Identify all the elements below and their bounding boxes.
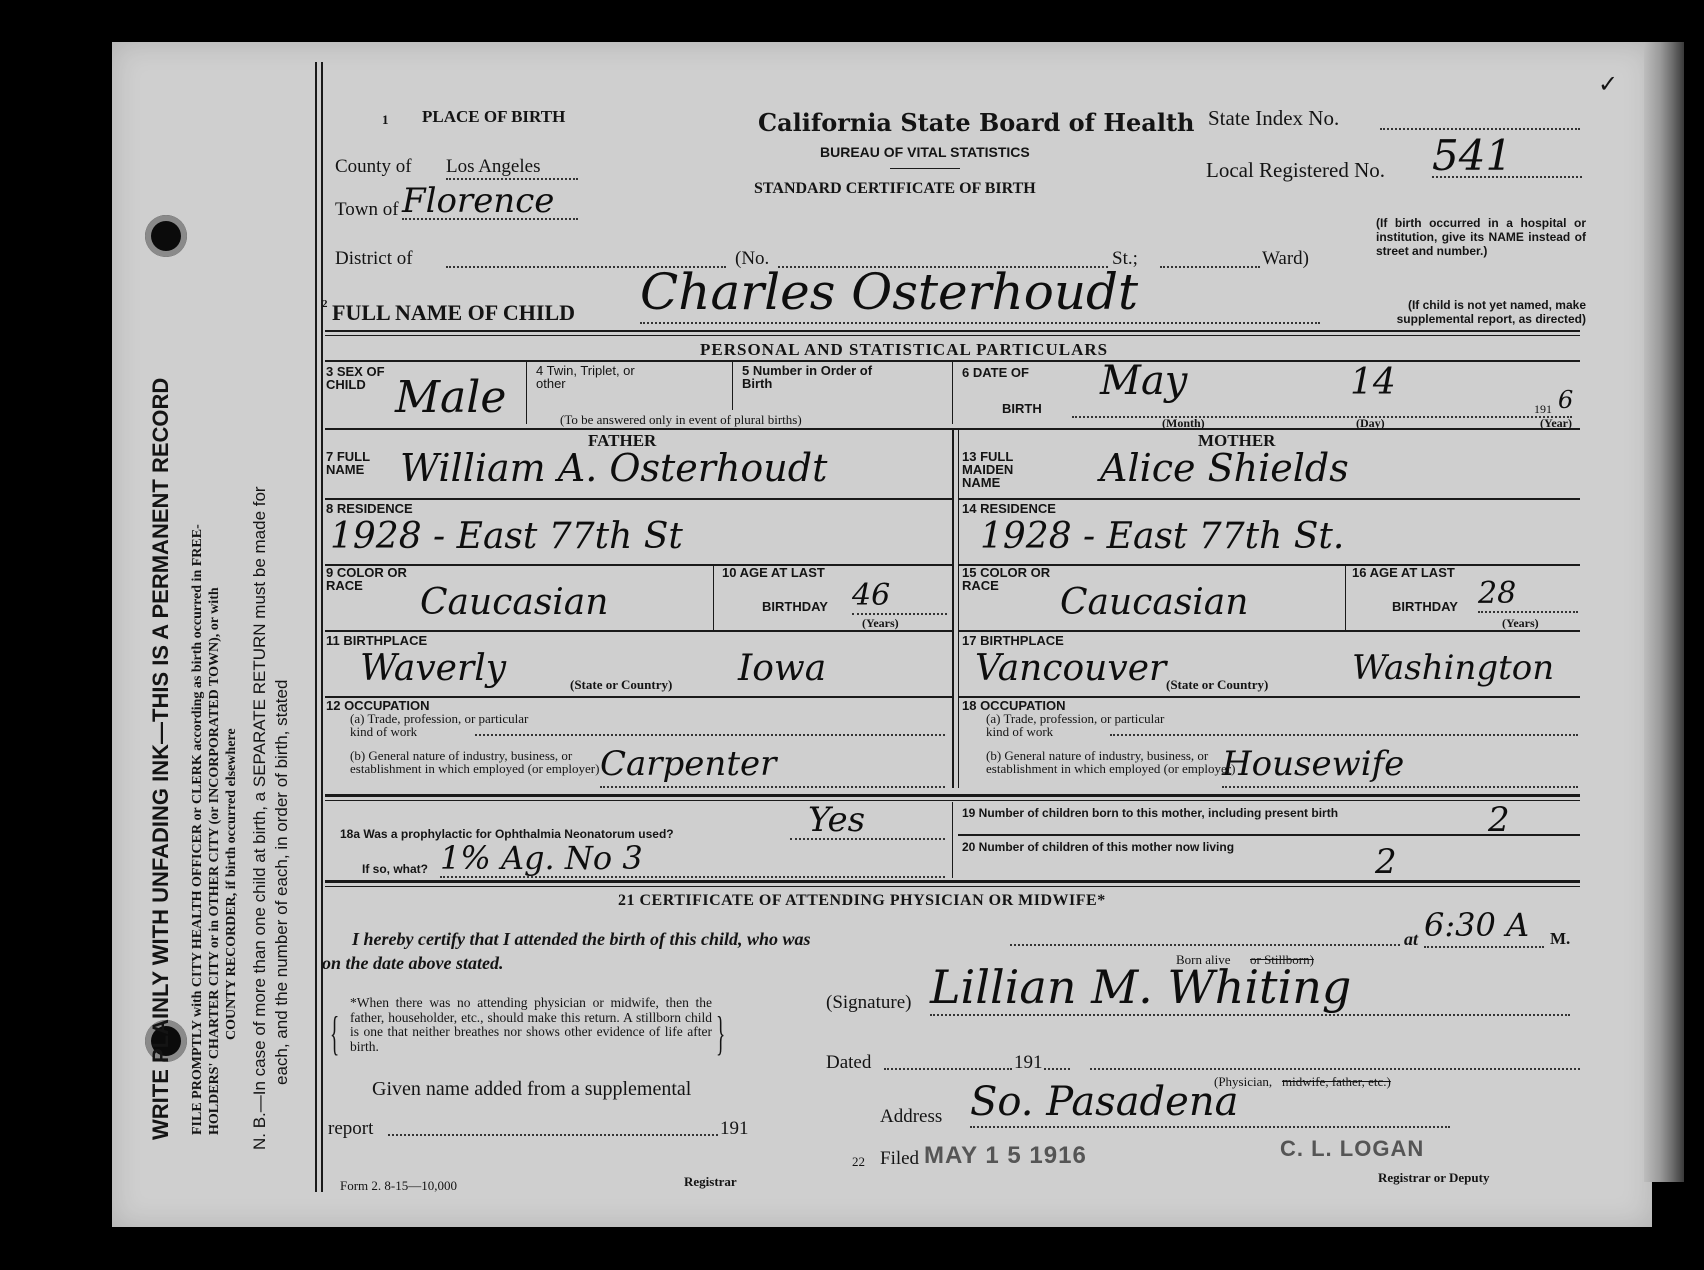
- mother-occupation-value[interactable]: Housewife: [1222, 742, 1578, 788]
- divider: [325, 800, 1580, 801]
- father-age-value[interactable]: 46: [852, 578, 947, 615]
- father-birthplace-label: 11 BIRTHPLACE: [326, 634, 427, 647]
- father-occ-b-label: (b) General nature of industry, business…: [350, 749, 600, 775]
- mother-name-label: 13 FULL MAIDEN NAME: [962, 450, 1032, 489]
- state-index-field[interactable]: [1380, 114, 1580, 130]
- divider: [952, 362, 953, 424]
- not-named-note: (If child is not yet named, make supplem…: [1332, 298, 1586, 326]
- divider: [325, 794, 1580, 797]
- parent-column-divider: [952, 430, 954, 788]
- margin-line-5: N. B.—In case of more than one child at …: [250, 486, 270, 1150]
- mother-birthplace-state[interactable]: Washington: [1352, 648, 1554, 688]
- child-name-value[interactable]: Charles Osterhoudt: [640, 262, 1320, 324]
- date-of-birth-field[interactable]: [1072, 410, 1572, 418]
- plural-note: (To be answered only in event of plural …: [560, 412, 802, 428]
- filed-date-stamp: MAY 1 5 1916: [924, 1142, 1087, 1170]
- town-value[interactable]: Florence: [402, 184, 578, 220]
- father-occupation-value[interactable]: Carpenter: [600, 742, 945, 788]
- particulars-title: PERSONAL AND STATISTICAL PARTICULARS: [700, 340, 1108, 360]
- sex-value[interactable]: Male: [395, 372, 506, 423]
- board-title: California State Board of Health: [758, 108, 1194, 137]
- mother-occ-a-field[interactable]: [1110, 728, 1578, 736]
- birth-time-value[interactable]: 6:30 A: [1424, 904, 1544, 948]
- divider: [325, 564, 952, 566]
- address-value[interactable]: So. Pasadena: [970, 1078, 1450, 1128]
- divider: [890, 168, 960, 169]
- father-age-label: 10 AGE AT LAST: [722, 566, 825, 579]
- children-born-label: 19 Number of children born to this mothe…: [962, 806, 1338, 820]
- prophylactic-answer[interactable]: Yes: [808, 800, 865, 840]
- card-edge: [1644, 42, 1684, 1182]
- mother-state-caption: (State or Country): [1166, 677, 1268, 693]
- father-occ-a-field[interactable]: [475, 728, 945, 736]
- mother-age-label: 16 AGE AT LAST: [1352, 566, 1455, 579]
- certify-text: I hereby certify that I attended the bir…: [352, 929, 811, 950]
- place-of-birth-heading: PLACE OF BIRTH: [422, 107, 565, 127]
- mother-years-caption: (Years): [1502, 616, 1539, 631]
- father-residence-label: 8 RESIDENCE: [326, 502, 413, 515]
- divider: [732, 362, 733, 410]
- margin-line-6: each, and the number of each, in order o…: [272, 680, 292, 1085]
- full-name-label: FULL NAME OF CHILD: [332, 300, 575, 326]
- report-label: report: [328, 1118, 373, 1140]
- signature-label: (Signature): [826, 992, 911, 1014]
- mother-birthday-label: BIRTHDAY: [1392, 600, 1458, 613]
- state-index-label: State Index No.: [1208, 106, 1339, 131]
- certificate-heading: 21 CERTIFICATE OF ATTENDING PHYSICIAN OR…: [618, 892, 1106, 910]
- birth-day-value[interactable]: 14: [1350, 362, 1396, 403]
- mother-occ-b-label: (b) General nature of industry, business…: [986, 749, 1236, 775]
- district-label: District of: [335, 248, 413, 270]
- signature-value[interactable]: Lillian M. Whiting: [930, 960, 1570, 1016]
- date-stated-text: on the date above stated.: [322, 953, 503, 974]
- divider: [958, 630, 1580, 632]
- dated-field[interactable]: [884, 1058, 1012, 1070]
- mother-birthplace-city[interactable]: Vancouver: [975, 648, 1166, 689]
- birth-label: BIRTH: [1002, 402, 1042, 415]
- divider: [958, 498, 1580, 500]
- father-birthplace-state[interactable]: Iowa: [738, 648, 826, 689]
- mother-name-value[interactable]: Alice Shields: [1100, 446, 1349, 490]
- hospital-note: (If birth occurred in a hospital or inst…: [1376, 216, 1586, 258]
- date-label: 6 DATE OF: [962, 366, 1029, 379]
- birth-year-value[interactable]: 6: [1558, 386, 1573, 414]
- margin-line-3: HOLDERS' CHARTER CITY or in OTHER CITY (…: [207, 587, 223, 1135]
- registrar-stamp: C. L. LOGAN: [1280, 1136, 1424, 1162]
- divider: [1345, 566, 1346, 630]
- report-year: 191: [720, 1118, 749, 1140]
- dated-year: 191: [1014, 1052, 1043, 1074]
- dated-year-field[interactable]: [1044, 1058, 1070, 1070]
- frame-left-line-2: [321, 62, 323, 1192]
- footnote: *When there was no attending physician o…: [350, 996, 712, 1054]
- children-living-value[interactable]: 2: [1375, 842, 1397, 882]
- margin-line-4: COUNTY RECORDER, if birth occurred elsew…: [224, 728, 240, 1040]
- mother-age-value[interactable]: 28: [1478, 576, 1578, 613]
- filed-label: Filed: [880, 1148, 919, 1170]
- prophylactic-what-value[interactable]: 1% Ag. No 3: [440, 840, 945, 878]
- father-birthday-label: BIRTHDAY: [762, 600, 828, 613]
- registrar-label: Registrar: [684, 1174, 737, 1190]
- order-label: 5 Number in Order of Birth: [742, 364, 902, 390]
- margin-line-2: FILE PROMPTLY with CITY HEALTH OFFICER o…: [190, 524, 206, 1135]
- address-label: Address: [880, 1106, 942, 1128]
- divider: [325, 335, 1580, 336]
- father-name-label: 7 FULL NAME: [326, 450, 386, 476]
- county-label: County of: [335, 156, 412, 178]
- father-birthplace-city[interactable]: Waverly: [360, 648, 506, 689]
- birth-month-value[interactable]: May: [1100, 358, 1187, 404]
- divider: [325, 886, 1580, 887]
- father-name-value[interactable]: William A. Osterhoudt: [400, 446, 827, 490]
- item-number: 1: [382, 112, 389, 128]
- parent-column-divider: [958, 430, 959, 788]
- at-label: at: [1404, 929, 1418, 950]
- divider: [325, 630, 952, 632]
- brace-left: {: [330, 994, 339, 1074]
- item-number: 2: [322, 298, 328, 310]
- divider: [325, 498, 952, 500]
- supplemental-text: Given name added from a supplemental: [372, 1078, 691, 1101]
- father-residence-value[interactable]: 1928 - East 77th St: [330, 516, 683, 557]
- divider: [713, 566, 714, 630]
- town-label: Town of: [335, 199, 399, 221]
- certificate-title: STANDARD CERTIFICATE OF BIRTH: [754, 180, 1036, 198]
- born-alive-field[interactable]: [1010, 932, 1400, 946]
- father-color-value[interactable]: Caucasian: [420, 582, 608, 623]
- father-state-caption: (State or Country): [570, 677, 672, 693]
- mother-birthplace-label: 17 BIRTHPLACE: [962, 634, 1064, 647]
- divider: [325, 880, 1580, 883]
- form-info: Form 2. 8-15—10,000: [340, 1178, 457, 1194]
- frame-left-line: [315, 62, 317, 1192]
- father-color-label: 9 COLOR OR RACE: [326, 566, 416, 592]
- county-value[interactable]: Los Angeles: [446, 156, 578, 180]
- birth-year-prefix: 191: [1534, 402, 1552, 417]
- divider: [325, 330, 1580, 332]
- check-mark-icon: ✓: [1598, 70, 1618, 99]
- divider: [526, 362, 527, 424]
- punch-hole-top: [145, 215, 187, 257]
- father-years-caption: (Years): [862, 616, 899, 631]
- filed-item-number: 22: [852, 1154, 865, 1170]
- what-label: If so, what?: [362, 862, 428, 876]
- bureau-title: BUREAU OF VITAL STATISTICS: [820, 144, 1030, 160]
- divider: [952, 802, 953, 878]
- mother-residence-value[interactable]: 1928 - East 77th St.: [980, 516, 1344, 557]
- report-field[interactable]: [388, 1124, 718, 1136]
- dated-label: Dated: [826, 1052, 871, 1074]
- mother-color-value[interactable]: Caucasian: [1060, 582, 1248, 623]
- children-living-label: 20 Number of children of this mother now…: [962, 840, 1234, 854]
- mother-color-label: 15 COLOR OR RACE: [962, 566, 1062, 592]
- registrar-caption: Registrar or Deputy: [1378, 1170, 1489, 1186]
- local-registered-value[interactable]: 541: [1432, 136, 1582, 178]
- twin-label: 4 Twin, Triplet, or other: [536, 364, 666, 390]
- brace-right: }: [716, 994, 725, 1074]
- m-label: M.: [1550, 929, 1570, 949]
- divider: [958, 834, 1580, 836]
- mother-residence-label: 14 RESIDENCE: [962, 502, 1056, 515]
- local-registered-label: Local Registered No.: [1206, 158, 1385, 183]
- margin-line-1: WRITE PLAINLY WITH UNFADING INK—THIS IS …: [148, 378, 174, 1140]
- physician-title-field[interactable]: [1090, 1058, 1580, 1070]
